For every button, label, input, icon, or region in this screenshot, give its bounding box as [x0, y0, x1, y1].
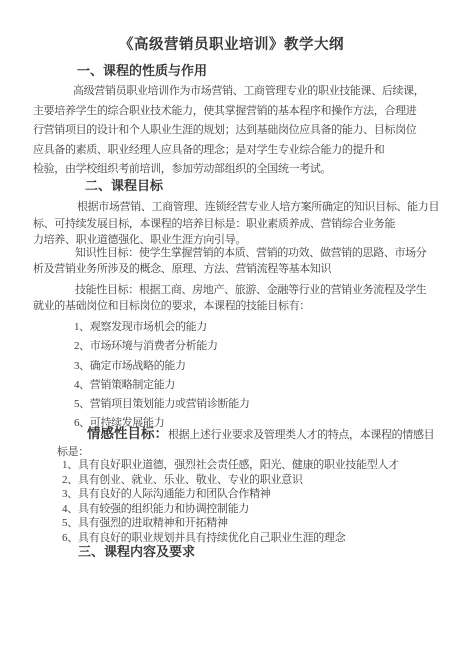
- paragraph-line: 高级营销员职业培训作为市场营销、工商管理专业的职业技能课、后续课，: [33, 82, 438, 102]
- paragraph-line: 主要培养学生的综合职业技术能力，使其掌握营销的基本程序和操作方法，合理进: [33, 102, 438, 122]
- skill-goal-item: 4、营销策略制定能力: [74, 376, 463, 395]
- document-page: 《高级营销员职业培训》教学大纲 一、课程的性质与作用 高级营销员职业培训作为市场…: [0, 0, 463, 655]
- skill-goal-item: 1、观察发现市场机会的能力: [74, 318, 463, 337]
- section-1-heading: 一、课程的性质与作用: [77, 60, 207, 79]
- skill-goals-list: 1、观察发现市场机会的能力 2、市场环境与消费者分析能力 3、确定市场战略的能力…: [74, 318, 463, 434]
- paragraph-line: 标、可持续发展目标，本课程的培养目标是：职业素质养成、营销综合业务能: [33, 216, 438, 233]
- affective-goals-intro-paragraph: 情感性目标：根据上述行业要求及管理类人才的特点，本课程的情感目 标是：: [33, 424, 438, 460]
- paragraph-line: 技能性目标：根据工商、房地产、旅游、金融等行业的营销业务流程及学生: [33, 283, 438, 299]
- affective-goals-intro-text: 根据上述行业要求及管理类人才的特点，本课程的情感目: [168, 429, 434, 441]
- affective-goals-label: 情感性目标：: [87, 426, 168, 441]
- affective-goal-item: 1、具有良好职业道德，强烈社会责任感，阳光、健康的职业技能型人才: [62, 458, 463, 473]
- skill-goal-item: 5、营销项目策划能力或营销诊断能力: [74, 395, 463, 414]
- affective-goal-item: 3、具有良好的人际沟通能力和团队合作精神: [62, 487, 463, 502]
- knowledge-goals-paragraph: 知识性目标：使学生掌握营销的本质、营销的功效、做营销的思路、市场分 析及营销业务…: [33, 246, 438, 277]
- paragraph-line: 析及营销业务所涉及的概念、原理、方法、营销流程等基本知识: [33, 262, 438, 278]
- doc-title: 《高级营销员职业培训》教学大纲: [0, 33, 463, 54]
- section-1-paragraph: 高级营销员职业培训作为市场营销、工商管理专业的职业技能课、后续课， 主要培养学生…: [33, 82, 438, 180]
- paragraph-line: 就业的基础岗位和目标岗位的要求，本课程的技能目标有：: [33, 299, 438, 315]
- section-3-heading: 三、课程内容及要求: [78, 541, 195, 560]
- affective-goal-item: 5、具有强烈的进取精神和开拓精神: [62, 516, 463, 531]
- affective-goals-list: 1、具有良好职业道德，强烈社会责任感，阳光、健康的职业技能型人才 2、具有创业、…: [62, 458, 463, 546]
- paragraph-line: 知识性目标：使学生掌握营销的本质、营销的功效、做营销的思路、市场分: [33, 246, 438, 262]
- section-2-heading: 二、课程目标: [85, 175, 163, 194]
- paragraph-line: 根据市场营销、工商管理、连锁经营专业人培方案所确定的知识目标、能力目: [33, 199, 438, 216]
- affective-goal-item: 2、具有创业、就业、乐业、敬业、专业的职业意识: [62, 473, 463, 488]
- skill-goal-item: 3、确定市场战略的能力: [74, 357, 463, 376]
- skill-goal-item: 2、市场环境与消费者分析能力: [74, 337, 463, 356]
- paragraph-line: 应具备的素质、职业经理人应具备的理念；是对学生专业综合能力的提升和: [33, 141, 438, 161]
- paragraph-line: 行营销项目的设计和个人职业生涯的规划；达到基础岗位应具备的能力、目标岗位: [33, 121, 438, 141]
- course-goals-overview: 根据市场营销、工商管理、连锁经营专业人培方案所确定的知识目标、能力目 标、可持续…: [33, 199, 438, 249]
- skill-goals-intro-paragraph: 技能性目标：根据工商、房地产、旅游、金融等行业的营销业务流程及学生 就业的基础岗…: [33, 283, 438, 314]
- affective-goal-item: 4、具有较强的组织能力和协调控制能力: [62, 502, 463, 517]
- paragraph-line: 情感性目标：根据上述行业要求及管理类人才的特点，本课程的情感目: [33, 424, 438, 445]
